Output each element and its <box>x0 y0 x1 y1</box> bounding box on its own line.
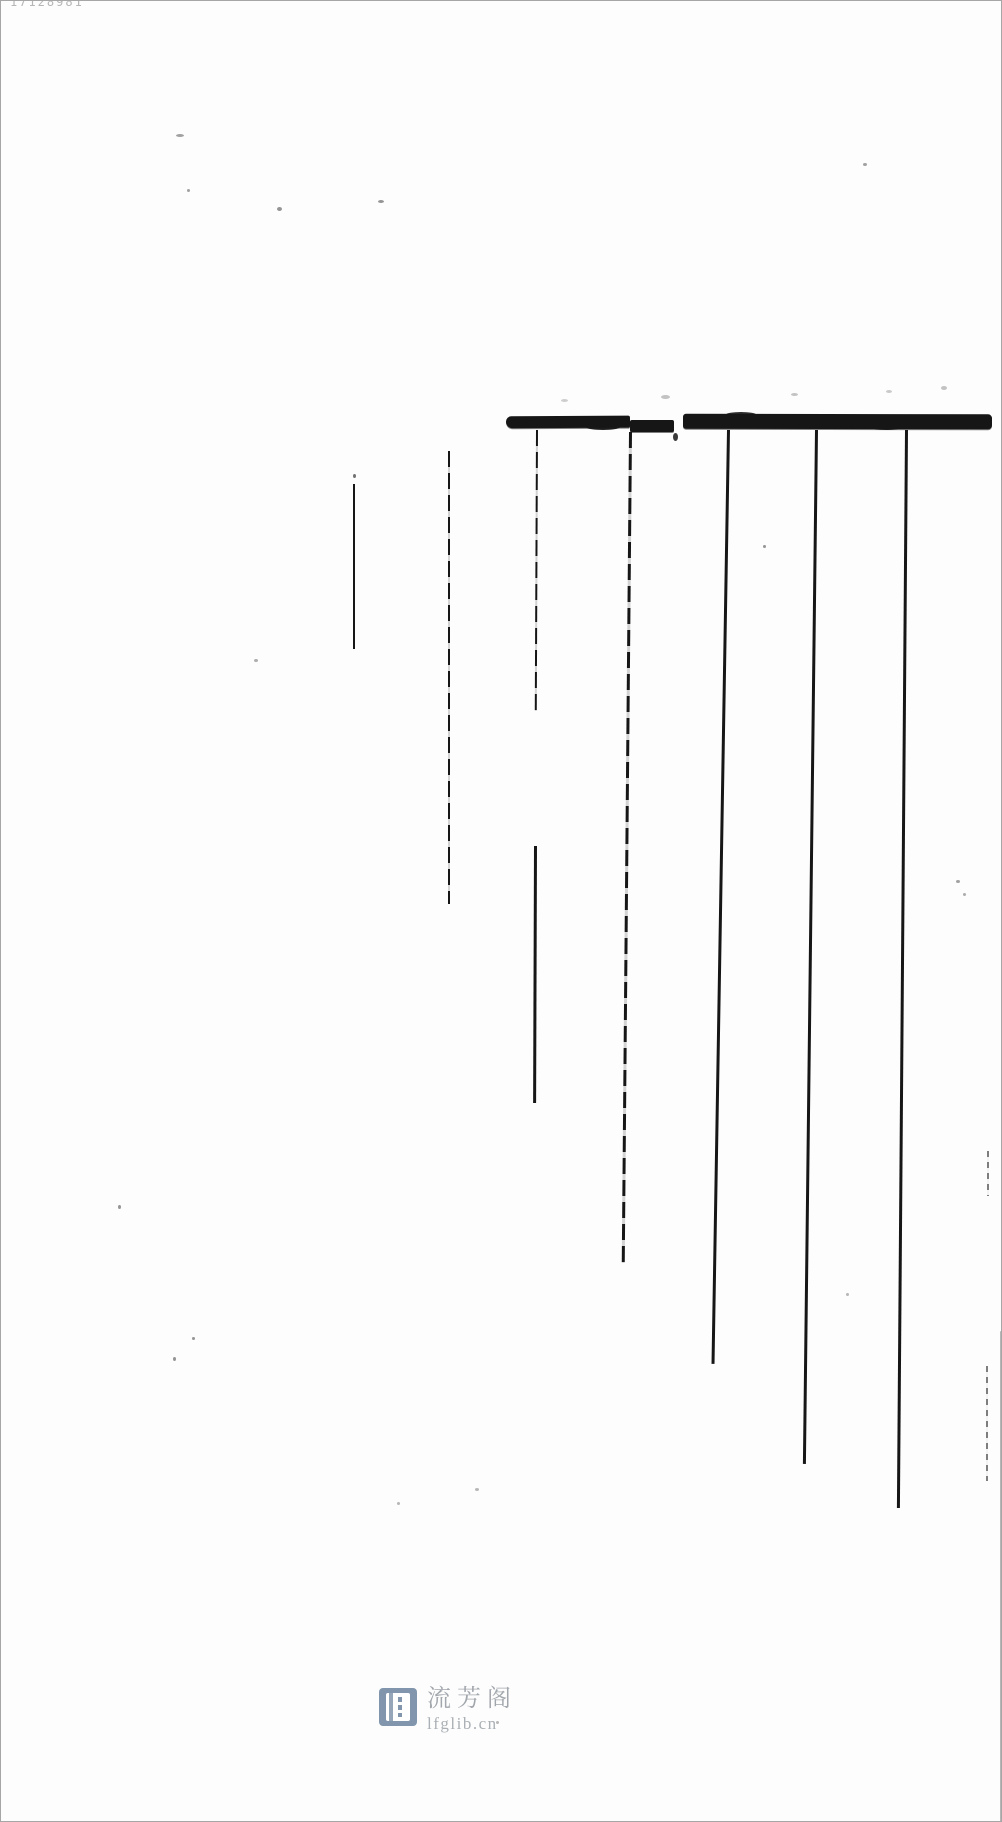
scanned-book-page: 17128981 流芳阁 lfglib.cn <box>0 0 1002 1822</box>
ink-speck <box>673 433 678 441</box>
ink-speck <box>176 134 184 137</box>
watermark: 流芳阁 lfglib.cn <box>378 1687 517 1732</box>
ink-speck <box>956 880 960 883</box>
ink-speck <box>118 1205 121 1209</box>
frame-top-rule <box>630 420 674 432</box>
column-rule-line <box>533 846 536 1103</box>
column-rule-line <box>711 430 729 1364</box>
column-rule-line <box>897 430 908 1508</box>
ink-speck <box>192 1337 195 1340</box>
ink-speck <box>173 1357 176 1361</box>
ink-speck <box>586 424 620 430</box>
column-rule-line <box>448 451 450 904</box>
ink-speck <box>963 893 966 896</box>
ink-speck <box>846 1293 849 1296</box>
ink-speck <box>378 200 384 203</box>
column-rule-line <box>802 430 817 1464</box>
column-rule-line <box>621 432 631 1263</box>
ink-layer <box>1 1 1001 1821</box>
column-rule-line <box>987 1151 989 1196</box>
ink-speck <box>277 207 282 211</box>
ink-speck <box>726 412 756 417</box>
book-icon <box>378 1687 418 1727</box>
ink-speck <box>791 393 798 396</box>
ink-speck <box>941 386 947 390</box>
ink-speck <box>187 189 190 192</box>
watermark-text: 流芳阁 lfglib.cn <box>427 1687 517 1732</box>
ink-speck <box>475 1488 479 1491</box>
ink-speck <box>661 395 670 399</box>
column-rule-line <box>535 430 538 711</box>
watermark-site-url: lfglib.cn <box>427 1715 517 1732</box>
ink-speck <box>763 545 766 548</box>
ink-speck <box>561 399 568 402</box>
ink-speck <box>886 390 892 393</box>
ink-speck <box>254 659 258 662</box>
column-rule-line <box>353 484 355 649</box>
ink-speck <box>397 1502 400 1505</box>
ink-speck <box>871 425 901 430</box>
column-rule-line <box>986 1366 988 1481</box>
ink-speck <box>353 474 356 478</box>
watermark-site-name: 流芳阁 <box>427 1687 517 1712</box>
ink-speck <box>863 163 867 166</box>
